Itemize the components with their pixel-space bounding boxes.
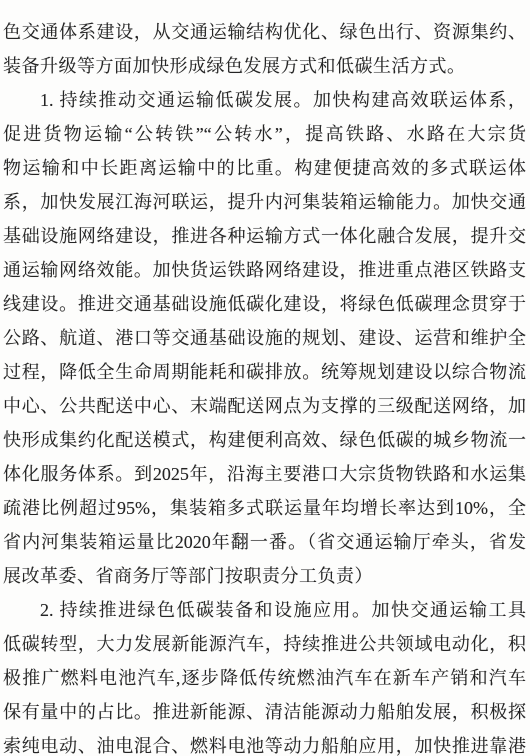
text-line: 线建设。推进交通基础设施低碳化建设，将绿色低碳理念贯穿于 [3,287,526,321]
text-line: 极推广燃料电池汽车,逐步降低传统燃油汽车在新车产销和汽车 [3,661,526,695]
text-line: 系，加快发展江海河联运，提升内河集装箱运输能力。加快交通 [3,185,526,219]
text-line-item-1: 1. 持续推动交通运输低碳发展。加快构建高效联运体系， [3,83,526,117]
text-line: 装备升级等方面加快形成绿色发展方式和低碳生活方式。 [3,49,526,83]
text-line: 疏港比例超过95%，集装箱多式联运量年均增长率达到10%，全 [3,491,526,525]
text-line: 索纯电动、油电混合、燃料电池等动力船舶应用，加快推进靠港 [3,729,526,756]
text-line: 色交通体系建设，从交通运输结构优化、绿色出行、资源集约、 [3,15,526,49]
text-line: 公路、航道、港口等交通基础设施的规划、建设、运营和维护全 [3,321,526,355]
text-line: 促进货物运输“公转铁”“公转水”，提高铁路、水路在大宗货 [3,117,526,151]
document-page: 色交通体系建设，从交通运输结构优化、绿色出行、资源集约、 装备升级等方面加快形成… [0,0,530,756]
text-line: 展改革委、省商务厅等部门按职责分工负责） [3,559,526,593]
text-line: 快形成集约化配送模式，构建便利高效、绿色低碳的城乡物流一 [3,423,526,457]
text-line: 保有量中的占比。推进新能源、清洁能源动力船舶发展，积极探 [3,695,526,729]
text-line: 物运输和中长距离运输中的比重。构建便捷高效的多式联运体 [3,151,526,185]
text-line: 省内河集装箱运量比2020年翻一番。（省交通运输厅牵头，省发 [3,525,526,559]
text-line: 低碳转型，大力发展新能源汽车，持续推进公共领域电动化，积 [3,627,526,661]
text-line: 中心、公共配送中心、末端配送网点为支撑的三级配送网络，加 [3,389,526,423]
text-line: 通运输网络效能。加快货运铁路网络建设，推进重点港区铁路支 [3,253,526,287]
text-line: 基础设施网络建设，推进各种运输方式一体化融合发展，提升交 [3,219,526,253]
text-line: 过程，降低全生命周期能耗和碳排放。统筹规划建设以综合物流 [3,355,526,389]
text-line-item-2: 2. 持续推进绿色低碳装备和设施应用。加快交通运输工具 [3,593,526,627]
text-line: 体化服务体系。到2025年，沿海主要港口大宗货物铁路和水运集 [3,457,526,491]
